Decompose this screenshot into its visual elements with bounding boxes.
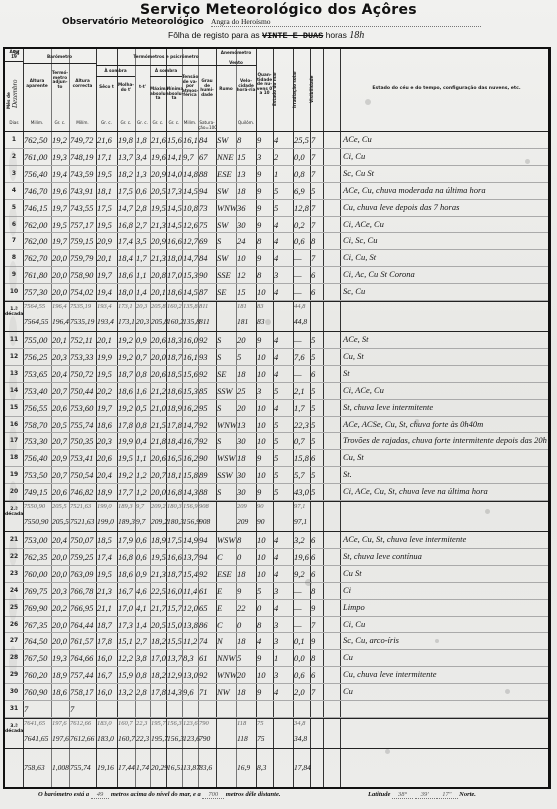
cell-seco: 18,5 — [97, 535, 112, 545]
cell-max: 19,5 — [151, 203, 166, 213]
day-number: 15 — [5, 404, 23, 411]
cell-tensao: 14,7 — [183, 253, 198, 263]
cell-mar: 4 — [274, 335, 278, 345]
cell-alt_ap: 756,55 — [24, 403, 47, 413]
cell-rumo: WSW — [217, 453, 235, 463]
cell-mar: 5 — [274, 203, 278, 213]
month-hand: Dezembro — [13, 69, 23, 119]
sky-remark: Cu, St — [343, 351, 364, 361]
decade-line — [5, 748, 548, 749]
cell-tensao: 14,3 — [183, 487, 198, 497]
cell-diff: 1,4 — [136, 287, 147, 297]
cell-tensao: 8,3 — [183, 653, 194, 663]
humidade-header: Grau de humi-dade — [198, 79, 216, 99]
cell-term: 20,6 — [52, 487, 67, 497]
cell-rumo: N — [217, 636, 223, 646]
cell-hum: 65 — [199, 603, 208, 613]
cell-molh: 19,8 — [118, 135, 133, 145]
cell-diff: 0,9 — [136, 335, 147, 345]
cell-alt_corr: 750,07 — [70, 535, 93, 545]
cell-term: 20,4 — [52, 535, 67, 545]
cell-molh: 16,8 — [118, 552, 133, 562]
row-divider — [5, 483, 548, 484]
sombra-1-header: À sombra — [96, 69, 135, 75]
cell-vis: 7 — [311, 620, 315, 630]
cell-vel: 25 — [237, 386, 246, 396]
cell-term: 18,6 — [52, 687, 67, 697]
cell-term: 20,1 — [52, 335, 67, 345]
cell-max: 19,6 — [151, 152, 166, 162]
barometer-height: 49 — [91, 791, 110, 799]
cell-term: 20,0 — [52, 287, 67, 297]
decade-term: 196,4 — [52, 317, 69, 326]
cell-hum: 93 — [199, 352, 208, 362]
decade-hum: 790 — [199, 734, 210, 743]
cell-term: 19,3 — [52, 152, 67, 162]
cell-nuv: 4 — [257, 636, 261, 646]
cell-tensao: 15,8 — [183, 470, 198, 480]
cell-rumo: WNW — [217, 420, 237, 430]
cell-vis: 9 — [311, 603, 315, 613]
cell-vis: 7 — [311, 169, 315, 179]
cell-tensao: 16,2 — [183, 403, 198, 413]
row-divider — [5, 599, 548, 600]
cell-tensao: 11,2 — [183, 636, 197, 646]
cell-nuv: 9 — [257, 653, 261, 663]
cell-irr: 19,6 — [294, 552, 309, 562]
cell-vis: 5 — [311, 470, 315, 480]
unit-label: Gr. c. — [117, 121, 135, 129]
cell-rumo: E — [217, 603, 222, 613]
cell-max: 20,1 — [151, 287, 166, 297]
cell-hum: 94 — [199, 186, 208, 196]
margin-flourish — [9, 151, 17, 181]
paper-stain — [485, 509, 490, 514]
cell-vel: 13 — [237, 420, 246, 430]
cell-alt_corr: 757,44 — [70, 670, 93, 680]
cell-molh: 12,2 — [118, 653, 133, 663]
cell-mar: 3 — [274, 670, 278, 680]
cell-term: 20,3 — [52, 352, 67, 362]
decade-alt_ap: 7641,65 — [24, 720, 45, 727]
cell-nuv: 10 — [257, 670, 266, 680]
cell-hum: 90 — [199, 453, 208, 463]
cell-nuv: 8 — [257, 620, 261, 630]
mean-seco: 19,16 — [97, 763, 114, 772]
cell-hum: 84 — [199, 135, 208, 145]
barometer-distance: 700 — [202, 791, 224, 799]
barometer-mid: metros acima do nível do mar, e a — [111, 791, 201, 798]
cell-term: 20,6 — [52, 403, 67, 413]
cell-molh: 15,9 — [118, 670, 133, 680]
cell-tensao: 15,3 — [183, 386, 198, 396]
cell-irr: — — [294, 603, 302, 613]
cell-alt_ap: 767,35 — [24, 620, 47, 630]
cell-alt_ap: 762,35 — [24, 552, 47, 562]
header-divider — [23, 63, 96, 64]
cell-alt_ap: 767,50 — [24, 653, 47, 663]
decade-molh: 173,1 — [118, 303, 133, 310]
cell-tensao: 14,8 — [183, 169, 198, 179]
latitude-deg: 38° — [392, 791, 413, 799]
decade-nuv: 83 — [257, 303, 264, 310]
decade-irr: 97,1 — [294, 503, 305, 510]
cell-alt_ap: 746,15 — [24, 203, 47, 213]
cell-alt_corr: 753,60 — [70, 403, 93, 413]
decade-seco: 183,0 — [97, 720, 112, 727]
cell-molh: 13,2 — [118, 687, 133, 697]
cell-diff: 0,8 — [136, 369, 147, 379]
cell-min: 18,7 — [167, 569, 182, 579]
cell-vel: 5 — [237, 352, 241, 362]
cell-rumo: S — [217, 403, 221, 413]
cell-vel: 20 — [237, 335, 246, 345]
cell-max: 19,5 — [151, 552, 166, 562]
cell-vis: 7 — [311, 152, 315, 162]
cell-tensao: 15,3 — [183, 270, 198, 280]
cell-max: 18,9 — [151, 535, 166, 545]
cell-molh: 18,4 — [118, 253, 133, 263]
decade-seco: 199,0 — [97, 503, 112, 510]
cell-vis: 7 — [311, 687, 315, 697]
cell-rumo: C — [217, 620, 223, 630]
decade-diff: 9,7 — [136, 517, 145, 526]
cell-max: 20,9 — [151, 169, 166, 179]
cell-tensao: 16,7 — [183, 436, 198, 446]
decade-min: 180,3 — [167, 517, 184, 526]
cell-nuv: 9 — [257, 253, 261, 263]
mean-irr: 17,84 — [294, 763, 311, 772]
cell-hum: 90 — [199, 270, 208, 280]
cell-diff: 0,6 — [136, 552, 147, 562]
paper-stain — [385, 749, 390, 754]
thermometers-header: Termómetros e psicrómetro — [96, 55, 236, 63]
cell-molh: 19,9 — [118, 436, 133, 446]
cell-rumo: S — [217, 236, 221, 246]
cell-rumo: SSW — [217, 386, 233, 396]
cell-max: 21,6 — [151, 135, 166, 145]
sky-remark: Sc, Cu, arco-íris — [343, 635, 399, 645]
cell-irr: — — [294, 270, 302, 280]
sheet-line: Fôlha de registo para as VINTE E DUAS ho… — [168, 30, 364, 41]
cell-vel: 10 — [237, 253, 246, 263]
decade-nuv: 90 — [257, 517, 265, 526]
sky-remark: Cu, chuva leve intermitente — [343, 669, 436, 679]
cell-nuv: 3 — [257, 152, 261, 162]
cell-tensao: 14,5 — [183, 287, 198, 297]
cell-irr: 7,6 — [294, 352, 305, 362]
cell-max: 22,5 — [151, 586, 166, 596]
row-divider — [5, 266, 548, 267]
sheet-suffix: horas — [326, 30, 347, 40]
row-divider — [5, 165, 548, 166]
decade-tensao: 156,9 — [183, 517, 200, 526]
cell-vel: 9 — [237, 586, 241, 596]
day-number: 19 — [5, 471, 23, 478]
cell-alt_corr: 748,19 — [70, 152, 93, 162]
cell-min: 18,7 — [167, 352, 182, 362]
decade-min: 156,3 — [167, 734, 184, 743]
day-number: 27 — [5, 637, 23, 644]
cell-rumo: WSW — [217, 535, 235, 545]
cell-diff: 1,2 — [136, 470, 147, 480]
cell-min: 16,8 — [167, 487, 182, 497]
decade-term: 205,5 — [52, 503, 67, 510]
sombra-2-header: À sombra — [150, 69, 182, 75]
cell-min: 14,5 — [167, 220, 182, 230]
cell-vel: 20 — [237, 670, 246, 680]
cell-seco: 19,7 — [97, 403, 112, 413]
latitude-min: 39' — [415, 791, 435, 799]
cell-hum: 61 — [199, 586, 208, 596]
row-divider — [5, 582, 548, 583]
cell-hum: 95 — [199, 403, 208, 413]
observatory-place: Angra do Heroísmo — [211, 17, 481, 27]
cell-tensao: 16,1 — [183, 352, 198, 362]
cell-max: 20,7 — [151, 470, 166, 480]
cell-molh: 18,0 — [118, 287, 133, 297]
cell-hum: 84 — [199, 253, 208, 263]
decade-label: 3.ª década — [5, 724, 23, 734]
cell-vis: 7 — [311, 220, 315, 230]
cell-hum: 71 — [199, 687, 208, 697]
cell-vis: 5 — [311, 386, 315, 396]
cell-seco: 19,7 — [97, 270, 112, 280]
cell-vel: 18 — [237, 369, 246, 379]
decade-alt_ap: 7641,65 — [24, 734, 48, 743]
decade-tensao: 156,9 — [183, 503, 198, 510]
cell-min: 17,8 — [167, 420, 182, 430]
cell-mar: 4 — [274, 552, 278, 562]
cell-seco: 20,6 — [97, 453, 112, 463]
cell-alt_ap: 760,00 — [24, 569, 47, 579]
cell-alt_ap: 753,40 — [24, 386, 47, 396]
decade-seco: 199,0 — [97, 517, 114, 526]
cell-min: 17,5 — [167, 535, 182, 545]
cell-seco: 20,2 — [97, 386, 112, 396]
cell-diff: 0,5 — [136, 403, 147, 413]
cell-vis: 7 — [311, 203, 315, 213]
row-divider — [5, 283, 548, 284]
cell-min: 12,9 — [167, 670, 182, 680]
cell-seco: 21,1 — [97, 603, 112, 613]
cell-rumo: SW — [217, 220, 228, 230]
cell-rumo: WNW — [217, 203, 237, 213]
cell-max: 20,0 — [151, 487, 166, 497]
unit-label: Gr. c. — [51, 121, 69, 129]
diff-header: t-t' — [135, 85, 150, 93]
cell-hum: 85 — [199, 386, 208, 396]
cell-alt_ap: 757,30 — [24, 287, 47, 297]
barometer-header: Barómetro — [23, 55, 96, 63]
decade-irr: 34,8 — [294, 720, 305, 727]
decade-max: 195,7 — [151, 734, 168, 743]
decade-max: 205,8 — [151, 303, 166, 310]
cell-rumo: SW — [217, 253, 228, 263]
decade-molh: 189,3 — [118, 503, 133, 510]
sky-remark: Ci — [343, 585, 351, 595]
unit-label: Gr. c. — [135, 121, 150, 129]
cell-tensao: 15,6 — [183, 369, 198, 379]
cell-vel: 8 — [237, 135, 241, 145]
decade-max: 205,8 — [151, 317, 168, 326]
decade-min: 160,2 — [167, 303, 182, 310]
cell-min: 14,0 — [167, 169, 182, 179]
cell-hum: 86 — [199, 620, 208, 630]
cell-seco: 19,5 — [97, 569, 112, 579]
decade-min: 156,3 — [167, 720, 182, 727]
cell-term: 20,5 — [52, 420, 67, 430]
cell-max: 20,6 — [151, 453, 166, 463]
cell-alt_corr: 753,33 — [70, 352, 93, 362]
cell-irr: 0,0 — [294, 152, 305, 162]
sky-remark: Sc, Cu — [343, 286, 365, 296]
cell-diff: 0,8 — [136, 420, 147, 430]
barometer-suffix: metros dêle distante. — [226, 791, 281, 798]
cell-min: 15,5 — [167, 636, 182, 646]
decade-line — [5, 718, 548, 719]
cell-hum: 88 — [199, 487, 208, 497]
column-divider — [340, 49, 341, 787]
cell-molh: 19,2 — [118, 352, 133, 362]
paper-stain — [525, 159, 530, 164]
header-divider — [5, 61, 23, 62]
cell-irr: 9,2 — [294, 569, 305, 579]
decade-nuv: 83 — [257, 317, 265, 326]
cell-tensao: 11,4 — [183, 586, 197, 596]
row-divider — [5, 365, 548, 366]
cell-nuv: 9 — [257, 220, 261, 230]
cell-vis: 5 — [311, 436, 315, 446]
decade-nuv: 90 — [257, 503, 264, 510]
sky-remark: St. — [343, 469, 352, 479]
cell-irr: — — [294, 287, 302, 297]
cell-molh: 17,8 — [118, 420, 133, 430]
sky-remark: ACe, ACSe, Cu, St, chuva forte às 0h40m — [343, 419, 483, 429]
row-divider — [5, 616, 548, 617]
cell-diff: 2,8 — [136, 687, 147, 697]
cell-seco: 19,5 — [97, 169, 112, 179]
cell-rumo: NNW — [217, 653, 235, 663]
cell-seco: 16,0 — [97, 653, 112, 663]
cell-vis: 5 — [311, 335, 315, 345]
cell-alt_corr: 754,02 — [70, 287, 93, 297]
cell-alt_corr: 759,15 — [70, 236, 93, 246]
decade-diff: 22,3 — [136, 720, 147, 727]
cell-max: 21,3 — [151, 253, 166, 263]
cell-min: 18,3 — [167, 335, 182, 345]
cell-nuv: 8 — [257, 236, 261, 246]
sky-remark: Ci, ACe, Cu — [343, 385, 384, 395]
cell-alt_ap: 758,70 — [24, 420, 47, 430]
alt-correcta-header: Altura correcta — [69, 79, 96, 91]
cell-nuv: 10 — [257, 436, 266, 446]
row-divider — [5, 565, 548, 566]
cell-seco: 19,5 — [97, 369, 112, 379]
cell-alt_ap: 753,30 — [24, 436, 47, 446]
decade-alt_corr: 7521,63 — [70, 503, 91, 510]
decade-alt_corr: 7612,66 — [70, 734, 94, 743]
cell-seco: 19,4 — [97, 287, 112, 297]
cell-rumo: NNE — [217, 152, 234, 162]
row-divider — [5, 199, 548, 200]
day-number: 23 — [5, 570, 23, 577]
cell-diff: 1,8 — [136, 135, 147, 145]
cell-term: 19,5 — [52, 220, 67, 230]
cell-molh: 18,6 — [118, 569, 133, 579]
cell-nuv: 9 — [257, 135, 261, 145]
cell-alt_corr: 743,55 — [70, 203, 93, 213]
decade-max: 195,7 — [151, 720, 166, 727]
decade-seco: 193,4 — [97, 303, 112, 310]
irradiacao-header: Irradiação solar — [293, 59, 310, 119]
decade-alt_ap: 7550,90 — [24, 503, 45, 510]
cell-alt_corr: 750,72 — [70, 369, 93, 379]
decade-line — [5, 531, 548, 532]
mean-nuv: 8,3 — [257, 763, 266, 772]
sky-remark: Ci, Sc, Cu — [343, 235, 377, 245]
cell-vel: 5 — [237, 653, 241, 663]
cell-mar: 4 — [274, 352, 278, 362]
cell-alt_corr: 750,35 — [70, 436, 93, 446]
cell-nuv: 8 — [257, 270, 261, 280]
cell-irr: — — [294, 335, 302, 345]
decade-alt_corr: 7521,63 — [70, 517, 94, 526]
cell-alt_ap: 753,65 — [24, 369, 47, 379]
cell-diff: 0,8 — [136, 670, 147, 680]
cell-rumo: SW — [217, 186, 228, 196]
cell-vel: 18 — [237, 636, 246, 646]
cell-vis: 7 — [311, 135, 315, 145]
margin-flourish — [9, 261, 17, 291]
cell-nuv: 10 — [257, 420, 266, 430]
cell-mar: 5 — [274, 420, 278, 430]
cell-diff: 0,9 — [136, 569, 147, 579]
estado-mar-header: Estado do mar — [273, 59, 293, 119]
cell-vis: 6 — [311, 535, 315, 545]
decade-alt_corr: 7535,19 — [70, 317, 94, 326]
row-divider — [5, 632, 548, 633]
cell-vel: 20 — [237, 403, 246, 413]
cell-vis: 5 — [311, 186, 315, 196]
cell-tensao: 10,8 — [183, 203, 198, 213]
cell-seco: 21,6 — [97, 135, 112, 145]
cell-diff: 3,5 — [136, 236, 147, 246]
cell-molh: 18,6 — [118, 270, 133, 280]
cell-alt_corr: 757,17 — [70, 220, 93, 230]
decade-hum: 908 — [199, 517, 210, 526]
unit-label: Satura-ção=100 — [198, 121, 216, 129]
cell-irr: 0,1 — [294, 636, 305, 646]
cell-nuv: 10 — [257, 470, 266, 480]
cell-nuv: 5 — [257, 586, 261, 596]
cell-max: 21,7 — [151, 603, 166, 613]
cell-mar: 5 — [274, 436, 278, 446]
cell-min: 17,0 — [167, 270, 182, 280]
sky-remark: Limpo — [343, 602, 365, 612]
cell-vel: 0 — [237, 552, 241, 562]
decade-term: 197,6 — [52, 734, 69, 743]
cell-irr: — — [294, 369, 302, 379]
sky-remark: Cu — [343, 652, 353, 662]
cell-vis: 6 — [311, 569, 315, 579]
cell-term: 19,4 — [52, 169, 67, 179]
decade-alt_corr: 7535,19 — [70, 303, 91, 310]
alt-aparente-header: Altura aparente — [23, 79, 51, 91]
cell-diff: 2,8 — [136, 203, 147, 213]
margin-flourish — [9, 316, 17, 346]
cell-mar: 5 — [274, 386, 278, 396]
